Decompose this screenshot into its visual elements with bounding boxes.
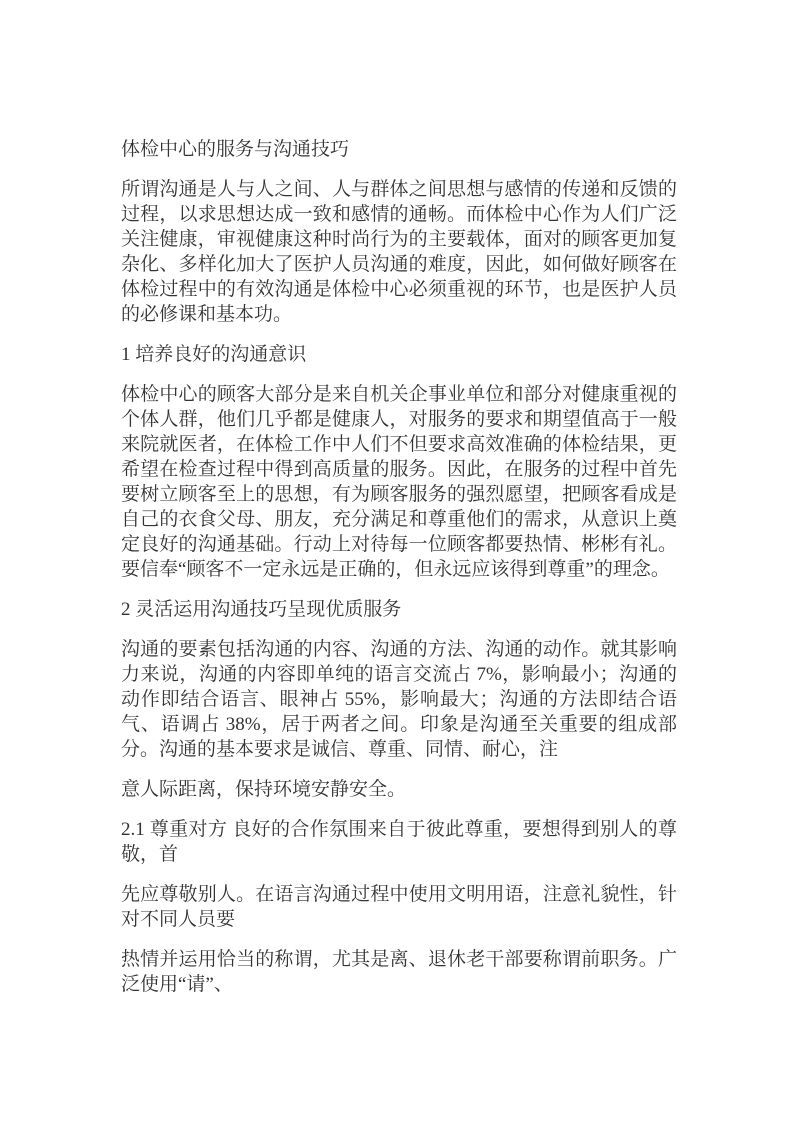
section-2-paragraph-1: 沟通的要素包括沟通的内容、沟通的方法、沟通的动作。就其影响力来说，沟通的内容即单…	[121, 637, 677, 762]
section-2-paragraph-2: 意人际距离，保持环境安静安全。	[121, 777, 677, 802]
section-2-1-paragraph-1: 2.1 尊重对方 良好的合作氛围来自于彼此尊重，要想得到别人的尊敬，首	[121, 817, 677, 867]
section-2-heading: 2 灵活运用沟通技巧呈现优质服务	[121, 597, 677, 622]
section-1-heading: 1 培养良好的沟通意识	[121, 342, 677, 367]
intro-paragraph: 所谓沟通是人与人之间、人与群体之间思想与感情的传递和反馈的过程，以求思想达成一致…	[121, 177, 677, 327]
document-page: 体检中心的服务与沟通技巧 所谓沟通是人与人之间、人与群体之间思想与感情的传递和反…	[0, 0, 793, 1122]
document-title: 体检中心的服务与沟通技巧	[121, 137, 677, 162]
section-2-1-paragraph-2: 先应尊敬别人。在语言沟通过程中使用文明用语，注意礼貌性，针对不同人员要	[121, 882, 677, 932]
section-1-paragraph: 体检中心的顾客大部分是来自机关企事业单位和部分对健康重视的个体人群，他们几乎都是…	[121, 382, 677, 582]
section-2-1-paragraph-3: 热情并运用恰当的称谓，尤其是离、退休老干部要称谓前职务。广泛使用“请”、	[121, 947, 677, 997]
document-content: 体检中心的服务与沟通技巧 所谓沟通是人与人之间、人与群体之间思想与感情的传递和反…	[121, 137, 677, 1012]
